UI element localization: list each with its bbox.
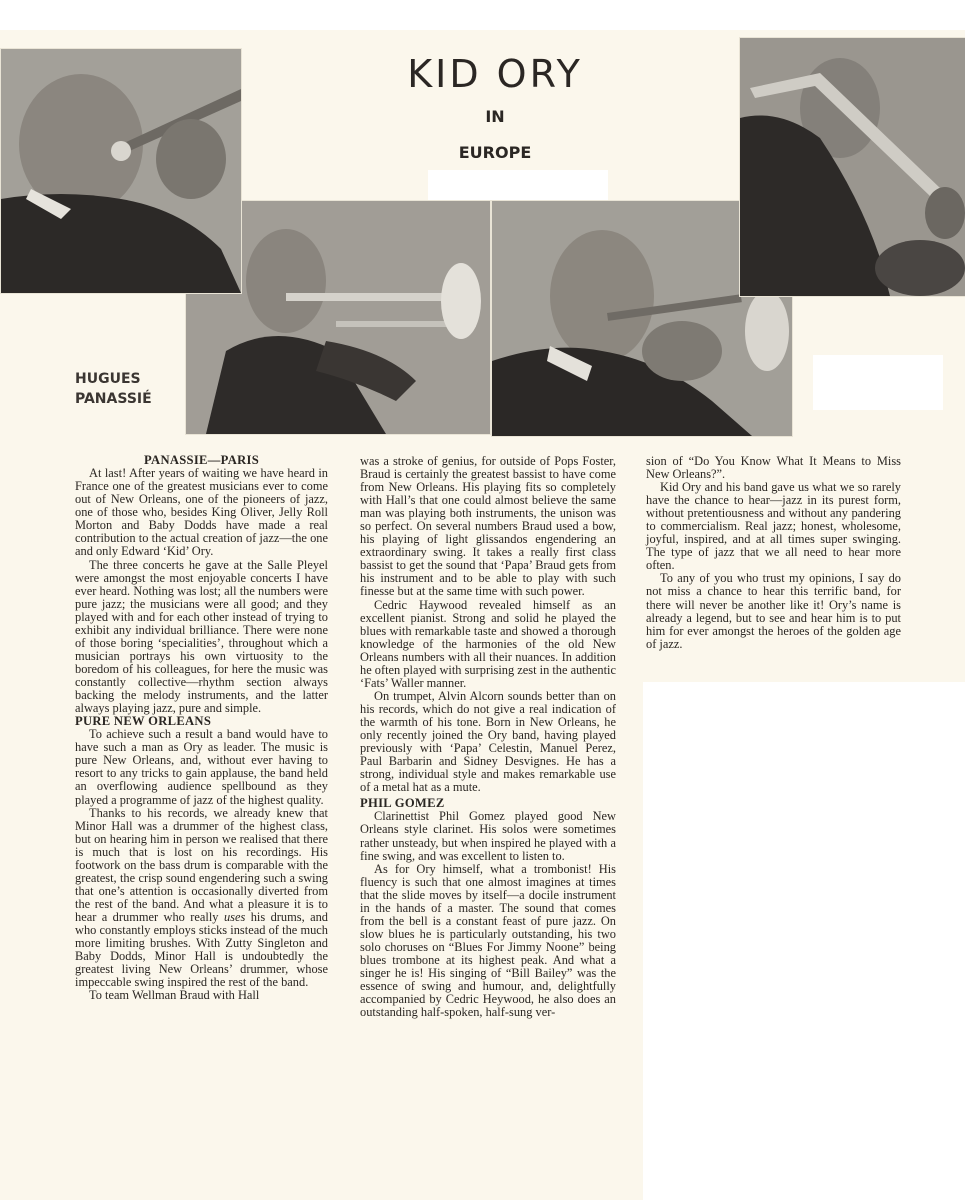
author-first-name: HUGUES xyxy=(75,369,195,389)
erased-patch xyxy=(813,355,943,410)
paragraph: was a stroke of genius, for outside of P… xyxy=(360,455,616,599)
trombonist-photo-icon xyxy=(740,38,965,296)
author-byline: HUGUES PANASSIÉ xyxy=(75,369,195,409)
trombonist-photo-icon xyxy=(1,49,241,293)
photo-ory-closeup xyxy=(0,48,242,294)
paragraph: Thanks to his records, we already knew t… xyxy=(75,807,328,990)
paragraph: To team Wellman Braud with Hall xyxy=(75,989,328,1002)
photo-ory-slide xyxy=(739,37,965,297)
paragraph: Kid Ory and his band gave us what we so … xyxy=(646,481,901,572)
blank-area xyxy=(643,682,965,1200)
paragraph: As for Ory himself, what a trombonist! H… xyxy=(360,863,616,1020)
paragraph: Cedric Haywood revealed himself as an ex… xyxy=(360,599,616,690)
paragraph: Clarinettist Phil Gomez played good New … xyxy=(360,810,616,862)
paragraph: To achieve such a result a band would ha… xyxy=(75,728,328,806)
author-last-name: PANASSIÉ xyxy=(75,389,195,409)
article-column-1: PANASSIE—PARIS At last! After years of w… xyxy=(75,454,328,1002)
paragraph: At last! After years of waiting we have … xyxy=(75,467,328,558)
paragraph: On trumpet, Alvin Alcorn sounds bet­ter … xyxy=(360,690,616,794)
paragraph: sion of “Do You Know What It Means to Mi… xyxy=(646,455,901,481)
paragraph: The three concerts he gave at the Salle … xyxy=(75,559,328,716)
article-column-2: was a stroke of genius, for outside of P… xyxy=(360,455,616,1019)
article-column-3: sion of “Do You Know What It Means to Mi… xyxy=(646,455,901,651)
emphasis: uses xyxy=(224,910,245,924)
text-run: Thanks to his records, we already knew t… xyxy=(75,806,328,924)
erased-patch xyxy=(428,170,608,200)
paragraph: To any of you who trust my opinions, I s… xyxy=(646,572,901,650)
